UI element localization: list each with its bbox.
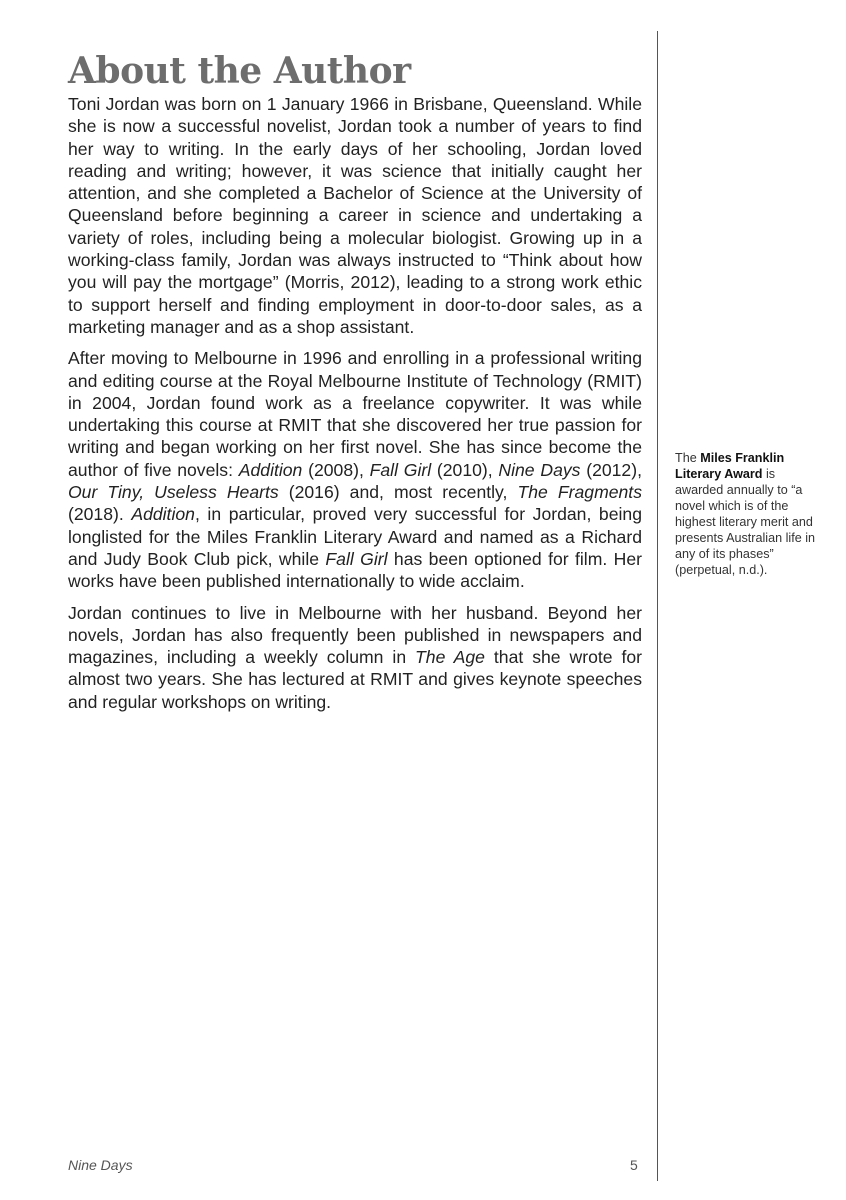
text-run: (2010), xyxy=(431,460,498,480)
margin-divider xyxy=(657,31,658,1181)
margin-note-prefix: The xyxy=(675,451,700,465)
italic-title: Addition xyxy=(239,460,303,480)
margin-note: The Miles Franklin Literary Award is awa… xyxy=(675,450,825,578)
italic-title: Fall Girl xyxy=(370,460,431,480)
italic-title: The Age xyxy=(415,647,485,667)
margin-note-text: is awarded annually to “a novel which is… xyxy=(675,467,815,577)
paragraph-1: Toni Jordan was born on 1 January 1966 i… xyxy=(68,93,642,338)
text-run: Toni Jordan was born on 1 January 1966 i… xyxy=(68,94,642,337)
footer-page-number: 5 xyxy=(630,1157,638,1173)
text-run: (2016) and, most recently, xyxy=(279,482,518,502)
main-text-column: Toni Jordan was born on 1 January 1966 i… xyxy=(68,93,642,722)
paragraph-3: Jordan continues to live in Melbourne wi… xyxy=(68,602,642,713)
text-run: (2018). xyxy=(68,504,131,524)
paragraph-2: After moving to Melbourne in 1996 and en… xyxy=(68,347,642,592)
footer-book-title: Nine Days xyxy=(68,1157,133,1173)
italic-title: Addition xyxy=(131,504,195,524)
document-page: About the Author Toni Jordan was born on… xyxy=(0,0,846,1200)
italic-title: Nine Days xyxy=(498,460,580,480)
text-run: (2008), xyxy=(302,460,369,480)
italic-title: Fall Girl xyxy=(325,549,387,569)
italic-title: Our Tiny, Useless Hearts xyxy=(68,482,279,502)
page-title: About the Author xyxy=(68,50,411,92)
text-run: (2012), xyxy=(580,460,642,480)
italic-title: The Fragments xyxy=(518,482,643,502)
